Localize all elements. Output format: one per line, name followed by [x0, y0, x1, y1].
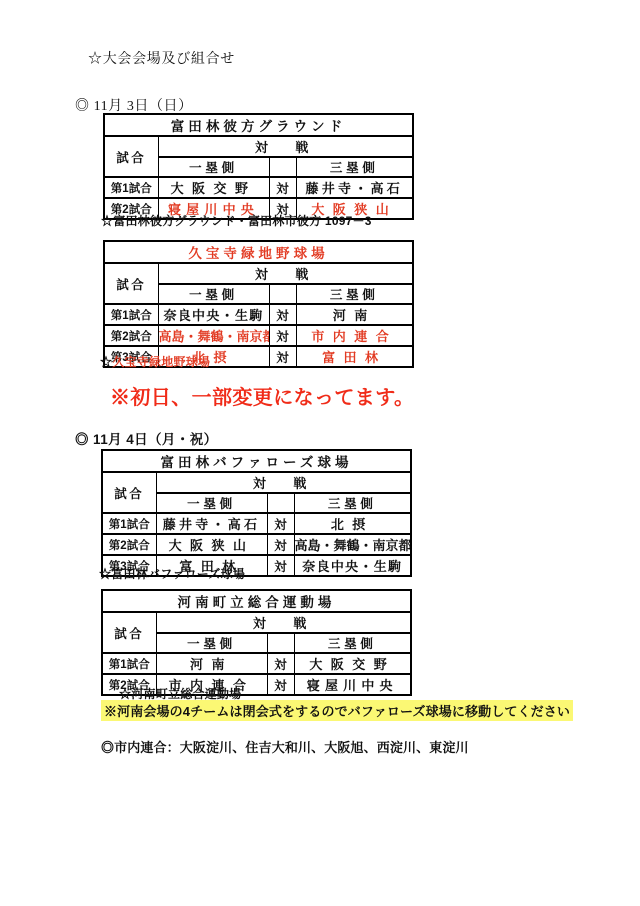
venue-table-kanan: 河南町立総合運動場 試合 対 戦 一塁側 三塁側 第1試合 河南 対 大阪交野 … — [101, 589, 412, 696]
first-base-team: 高島・舞鶴・南京都 — [158, 325, 269, 346]
venue-footnote: ☆久宝寺緑地野球場 — [100, 353, 210, 370]
venue-footnote-text: 富田林彼方グラウンド・富田林市彼方 1097－3 — [113, 214, 371, 228]
union-teams-note: ◎市内連合：大阪淀川、住吉大和川、大阪旭、西淀川、東淀川 — [101, 737, 469, 756]
vs-cell: 対 — [269, 177, 296, 198]
first-base-header: 一塁側 — [158, 157, 269, 177]
game-row: 第1試合 大阪交野 対 藤井寺・高石 — [104, 177, 413, 198]
game-row: 第2試合 大阪狭山 対 高島・舞鶴・南京都 — [102, 534, 411, 555]
match-column-header: 試合 — [102, 472, 156, 513]
game-label: 第1試合 — [102, 653, 156, 674]
venue-footnote-text: 久宝寺緑地野球場 — [112, 355, 210, 369]
game-row: 第1試合 藤井寺・高石 対 北摂 — [102, 513, 411, 534]
matchup-header: 対 戦 — [156, 612, 411, 633]
star-icon: ☆ — [119, 687, 131, 701]
star-icon: ☆ — [100, 355, 112, 369]
vs-cell: 対 — [267, 653, 294, 674]
first-base-header: 一塁側 — [156, 633, 267, 653]
vs-spacer-cell — [267, 633, 294, 653]
document-page: ☆大会会場及び組合せ ◎ 11月 3日（日） 富田林彼方グラウンド 試合 対 戦… — [0, 0, 640, 906]
vs-spacer-cell — [269, 157, 296, 177]
vs-cell: 対 — [269, 346, 296, 367]
venue-footnote-text: 富田林バファローズ球場 — [111, 567, 245, 581]
game-label: 第2試合 — [104, 325, 158, 346]
page-title: ☆大会会場及び組合せ — [88, 48, 235, 68]
third-base-header: 三塁側 — [294, 493, 411, 513]
venue-table-kyuhoji: 久宝寺緑地野球場 試合 対 戦 一塁側 三塁側 第1試合 奈良中央・生駒 対 河… — [103, 240, 414, 368]
match-column-header: 試合 — [104, 263, 158, 304]
match-column-header: 試合 — [104, 136, 158, 177]
vs-cell: 対 — [267, 513, 294, 534]
change-notice: ※初日、一部変更になってます。 — [110, 381, 414, 410]
first-base-header: 一塁側 — [158, 284, 269, 304]
venue-name: 河南町立総合運動場 — [102, 590, 411, 612]
star-icon: ☆ — [99, 567, 111, 581]
venue-footnote: ☆富田林バファローズ球場 — [99, 565, 245, 582]
move-notice-highlighted: ※河南会場の4チームは閉会式をするのでバファローズ球場に移動してください — [101, 700, 573, 721]
vs-cell: 対 — [269, 304, 296, 325]
vs-cell: 対 — [267, 534, 294, 555]
date-heading-nov4: ◎ 11月 4日（月・祝） — [75, 428, 218, 448]
first-base-team: 大阪交野 — [158, 177, 269, 198]
matchup-header: 対 戦 — [158, 263, 413, 284]
star-icon: ☆ — [101, 214, 113, 228]
game-label: 第2試合 — [102, 534, 156, 555]
game-label: 第1試合 — [104, 177, 158, 198]
third-base-team: 市内連合 — [296, 325, 413, 346]
third-base-team: 高島・舞鶴・南京都 — [294, 534, 411, 555]
venue-table-buffaloes: 富田林バファローズ球場 試合 対 戦 一塁側 三塁側 第1試合 藤井寺・高石 対… — [101, 449, 412, 577]
first-base-team: 河南 — [156, 653, 267, 674]
vs-spacer-cell — [269, 284, 296, 304]
venue-table-tondabayashi-ochikata: 富田林彼方グラウンド 試合 対 戦 一塁側 三塁側 第1試合 大阪交野 対 藤井… — [103, 113, 414, 220]
date-heading-nov3: ◎ 11月 3日（日） — [75, 95, 193, 115]
game-row: 第1試合 河南 対 大阪交野 — [102, 653, 411, 674]
first-base-team: 大阪狭山 — [156, 534, 267, 555]
venue-footnote-text: 河南町立総合運動場 — [131, 687, 241, 701]
third-base-team: 奈良中央・生駒 — [294, 555, 411, 576]
first-base-team: 奈良中央・生駒 — [158, 304, 269, 325]
matchup-header: 対 戦 — [158, 136, 413, 157]
game-row: 第2試合 高島・舞鶴・南京都 対 市内連合 — [104, 325, 413, 346]
first-base-header: 一塁側 — [156, 493, 267, 513]
venue-name: 富田林彼方グラウンド — [104, 114, 413, 136]
vs-cell: 対 — [269, 325, 296, 346]
vs-cell: 対 — [267, 555, 294, 576]
third-base-team: 大阪交野 — [294, 653, 411, 674]
third-base-header: 三塁側 — [294, 633, 411, 653]
third-base-team: 富田林 — [296, 346, 413, 367]
matchup-header: 対 戦 — [156, 472, 411, 493]
third-base-header: 三塁側 — [296, 284, 413, 304]
vs-cell: 対 — [267, 674, 294, 695]
third-base-team: 河南 — [296, 304, 413, 325]
venue-name: 久宝寺緑地野球場 — [104, 241, 413, 263]
third-base-header: 三塁側 — [296, 157, 413, 177]
venue-footnote: ☆富田林彼方グラウンド・富田林市彼方 1097－3 — [101, 212, 372, 229]
third-base-team: 北摂 — [294, 513, 411, 534]
third-base-team: 寝屋川中央 — [294, 674, 411, 695]
game-row: 第1試合 奈良中央・生駒 対 河南 — [104, 304, 413, 325]
vs-spacer-cell — [267, 493, 294, 513]
game-label: 第1試合 — [102, 513, 156, 534]
first-base-team: 藤井寺・高石 — [156, 513, 267, 534]
venue-name: 富田林バファローズ球場 — [102, 450, 411, 472]
match-column-header: 試合 — [102, 612, 156, 653]
game-label: 第1試合 — [104, 304, 158, 325]
third-base-team: 藤井寺・高石 — [296, 177, 413, 198]
